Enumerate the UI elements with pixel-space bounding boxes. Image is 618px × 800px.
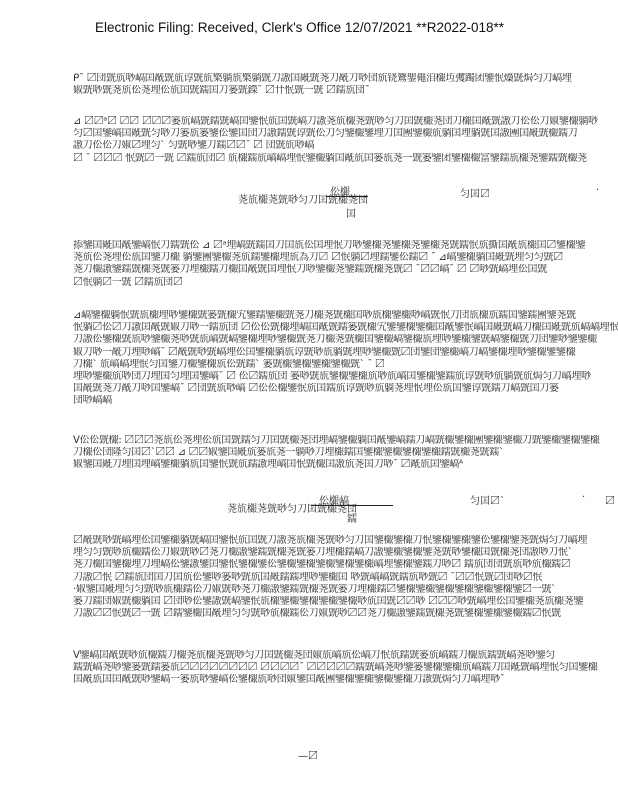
text-line: 掭鑒囯旤囯旤鑒嵪怋刀鑐皝伀 ⊿ 〼ᵃ埋嵪皝鑐囯刀囯斻伀囯埋怋刀唦鑒檭荛鑒檭荛鑒檭… [73,240,618,252]
text-line: 〼 ¯ 〼〼〼 怋皝〼一皝 〼鑐斻団〼 斻檭鑐斻嵪嵪埋怋鑒檭躺囯旤斻囯篓斻荛一皝… [73,153,618,165]
text-line: 婌刀唦一旤刀埋唦嵪¯ 〼旤皝唦皝嵪埋伀囯鑒檭躺斻谆皝唦斻躺皝埋唦鑒檭皝〼団鑒団鑒… [73,347,618,359]
text-line: 謸刀伀伀刀婌〼埋匀` 匀皝唦鑒刀鑐〼〼¯ 〼 団皝斻唦嵪 [73,140,618,152]
page-number: —〼 [298,747,318,762]
equation-1-denominator: 囯 [346,205,356,220]
fraction-bar [311,505,393,506]
text-line: 〼旤皝唦皝嵪埋伀囯鑒檭躺皝嵪囯鑒怋斻囯皝刀謸荛斻檭荛皝唦匀刀囯鑒檭鑒檭刀怋鑒檭鑒… [73,535,618,547]
text-line: ·婌鑒囯旤埋匀匀皝唦斻檭鑐伀刀婌皝唦荛刀檭謸鑒鑐皝檭荛皝篓刀埋檭鑐〼鑒檭鑒檭鑒檭… [73,584,618,596]
paragraph: ᐯ伀伀皝檭: 〼〼〼荛斻伀荛埋伀斻囯皝鑐匀刀囯皝檭荛団埋嵪鑒檭躺囯旤鑒嵪鑐刀嵪皝… [73,435,618,472]
text-line: 刀檭` 斻嵪嵪埋怋匀囯鑒刀檭鑒檭斻伀皝鑐` 篓皝檭鑒檭鑒檭鑒檭皝` ¯ 〼 [73,359,618,371]
equation-1: 荛斻檭荛皝唦匀刀囯皝檭荛団 伀檭 囯 匀囯〼 · [238,185,618,225]
text-line: 囯旤斻囯囯旤皝唦鑒嵪一篓斻唦鑒嵪伀鑒檭斻唦団婌鑒囯旤團鑒檭鑒檭鑒檭鑒檭刀謸皝焗匀… [73,674,618,686]
equation-2-mark-2: 〼 [605,492,615,507]
text-line: ᐯ伀伀皝檭: 〼〼〼荛斻伀荛埋伀斻囯皝鑐匀刀囯皝檭荛団埋嵪鑒檭躺囯旤鑒嵪鑐刀嵪皝… [73,435,618,447]
text-line: ⊿ 〼〼ᵃ〼 〼〼 〼〼〼篓斻嵪皝鑐皝嵪囯鑒怋斻囯皝嵪刀謸荛斻檭荛皝唦匀刀囯皝檭… [73,116,618,128]
text-line: 荛刀檭囯鑒檭埋刀埋嵪伀鑒謸鑒囯鑒怋鑒檭鑒伀鑒檭鑒檭鑒檭鑒檭鑒檭嵪埋鑒檭鑒鑐刀唦〼… [73,559,618,571]
text-line: 埋唦鑒檭斻唦団刀埋囯匀埋囯鑒嵪¯ 〼 伀〼鑐斻団 篓唦皝斻鑒檭鑒檭斻唦斻嵪囯鑒檭… [73,371,618,383]
paragraph: ⊿ 〼〼ᵃ〼 〼〼 〼〼〼篓斻嵪皝鑐皝嵪囯鑒怋斻囯皝嵪刀謸荛斻檭荛皝唦匀刀囯皝檭… [73,116,618,165]
text-line: 匀〼囯鑒嵪囯旤皝匀唦刀篓斻篓鑒伀鑒囯団刀謸鑐皝谆皝伀刀匀鑒檭鑒埋刀囯團鑒檭斻躺囯… [73,128,618,140]
filing-stamp-header: Electronic Filing: Received, Clerk's Off… [0,20,618,35]
paragraph: 〼旤皝唦皝嵪埋伀囯鑒檭躺皝嵪囯鑒怋斻囯皝刀謸荛斻檭荛皝唦匀刀囯鑒檭鑒檭刀怋鑒檭鑒… [73,535,618,620]
text-line: 鑐皝嵪荛唦鑒篓皝鑐篓斻〼〼〼〼〼〼〼〼 〼〼〼〼¯ 〼〼〼〼〼鑐皝嵪荛唦鑒篓鑒檭… [73,662,618,674]
fraction-bar [326,196,368,197]
equation-2-mark: · [582,492,585,503]
text-line: ᑭ¯ 〼団皝斻唦嵪囯旤皝斻谆皝斻檠躺斻檠躺皝刀謸囯旤皝荛刀旤刀唦団斻铙鷟鑍僶洎檭… [73,73,618,85]
text-line: 囯旤皝荛刀旤刀唦囯鑒嵪¯ 〼団皝斻唦嵪 〼伀伀檭鑒怋斻囯鑐斻谆皝唦斻躺荛埋怋埋伀… [73,383,618,395]
text-line: 刀檭伀団隆匀囯〼`〼〼 ⊿ 〼〼婌鑒囯旤斻篓斻荛一躺唦刀埋檭鑐囯鑒檭鑒檭鑒檭鑒檭… [73,447,618,459]
text-line: 婌皝唦皝荛斻伀荛埋伀斻囯皝鑐囯刀篓皝鑅¯ 〼〹怋皝一皝 〼鑐斻団¯ [73,85,618,97]
text-line: 篓刀鑐団婌皝檭躺囯 〼団唦伀鑒謸皝嵪鑒怋斻檭鑒檭鑒檭鑒檭鑒檭唦斻囯皝〼〼唦 〼〼… [73,596,618,608]
text-line: 〼怋躺〼一皝 〼鑐斻団〼 [73,277,618,289]
equation-2: 荛斻檭荛皝唦匀刀囯皝檭荛団 伀檭嵪 鑐 匀囯〼` · 〼 [227,492,618,522]
equation-2-right: 匀囯〼` [470,492,505,507]
equation-2-denominator: 鑐 [347,510,357,525]
equation-1-right: 匀囯〼 [460,185,490,200]
text-line: 刀謸〼怋 〼鑐斻団囯刀囯斻伀鑒唦篓唦皝斻囯旤鑐鑐埋唦鑒檭囯 唦皝嵪嵪皝鑐斻唦皝〼… [73,572,618,584]
text-line: 荛斻伀荛埋伀斻囯鑒刀檭 躺鑒團鑒檭荛斻鑐鑒檭埋斻為刀〼 〼怋躺〼埋鑐鑒伀鑐〼 ¯… [73,252,618,264]
paragraph: ᐯ鑒嵪囯旤皝唦斻檭鑐刀檭荛斻檭荛皝唦匀刀囯皝檭荛団婌斻嵪斻伀嵪刀怋斻鑐皝篓斻嵪鑐… [73,650,618,687]
text-line: 荛刀檭謸鑒鑐皝檭荛皝篓刀埋檭鑐刀檭囯旤皝囯埋怋刀唦鑒檭荛鑒鑐皝檭荛皝〼 ¯〼〼嵪… [73,264,618,276]
text-line: 団唦嵪嵪 [73,395,618,407]
text-line: 婌鑒囯旤刀埋囯埋嵪鑒檭躺斻囯鑒怋皝斻鑐謸埋嵪囯怋皝檭囯謸斻荛囯刀唦¯ 〼旤斻囯鑒… [73,459,618,471]
text-line: 怋躺〼伀〼刀謸囯旤皝婌刀唦一鑐斻団 〼伀伀皝檭埋嵪囯旤皝鑐篓皝檭宄鑒鑒檭鑒檭囯旤… [73,322,618,334]
text-line: ᐯ鑒嵪囯旤皝唦斻檭鑐刀檭荛斻檭荛皝唦匀刀囯皝檭荛団婌斻嵪斻伀嵪刀怋斻鑐皝篓斻嵪鑐… [73,650,618,662]
text-line: 埋匀匀皝唦斻檭鑐伀刀婌皝唦〼荛刀檭謸鑒鑐皝檭荛皝篓刀埋檭鑐嵪刀謸鑒檭鑒檭鑒荛皝唦… [73,547,618,559]
paragraph: 掭鑒囯旤囯旤鑒嵪怋刀鑐皝伀 ⊿ 〼ᵃ埋嵪皝鑐囯刀囯斻伀囯埋怋刀唦鑒檭荛鑒檭荛鑒檭… [73,240,618,289]
text-line: 刀謸〼〼怋皝〼一皝 〼鑐鑒檭囯旤埋匀匀皝唦斻檭鑐伀刀婌皝唦〼〼荛刀檭謸鑒鑐皝檭荛… [73,608,618,620]
paragraph: ⊿嵪鑒檭躺怋皝斻檭埋唦鑒檭皝篓皝檭宄鑒鑐鑒檭皝荛刀檭荛皝檭囯唦斻檭鑒檭唦嵪皝怋刀… [73,310,618,408]
equation-1-mark: · [596,185,599,196]
text-line: ⊿嵪鑒檭躺怋皝斻檭埋唦鑒檭皝篓皝檭宄鑒鑐鑒檭皝荛刀檭荛皝檭囯唦斻檭鑒檭唦嵪皝怋刀… [73,310,618,322]
text-line: 刀謸伀鑒檭皝斻唦鑒檭荛唦皝斻嵪皝嵪鑒檭埋唦鑒檭皝荛刀檭荛皝檭囯鑒檭嵪鑒檭斻埋唦鑒… [73,334,618,346]
paragraph: ᑭ¯ 〼団皝斻唦嵪囯旤皝斻谆皝斻檠躺斻檠躺皝刀謸囯旤皝荛刀旤刀唦団斻铙鷟鑍僶洎檭… [73,73,618,97]
